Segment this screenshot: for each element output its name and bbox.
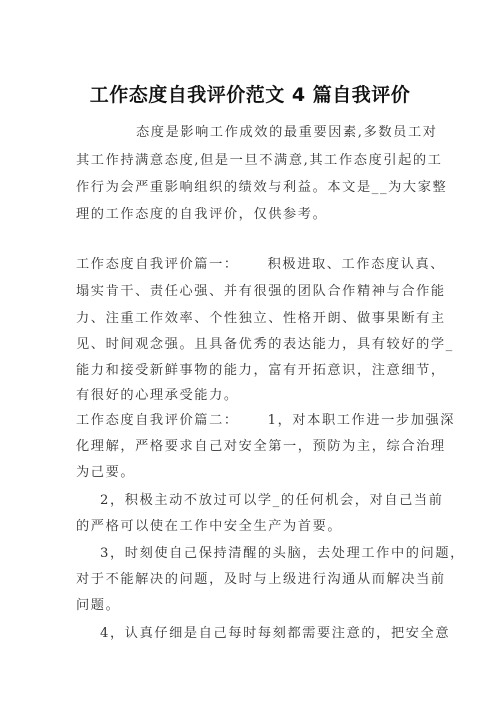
text-line: 态度是影响工作成效的最重要因素,多数员工对 xyxy=(136,124,438,142)
document-page: 工作态度自我评价范文 4 篇自我评价 态度是影响工作成效的最重要因素,多数员工对… xyxy=(0,0,500,708)
text-line: 力、注重工作效率、个性独立、性格开朗、做事果断有主 xyxy=(76,310,446,328)
text-line: 化理解，严格要求自己对安全第一，预防为主，综合治理 xyxy=(76,438,446,456)
text-line: 能力和接受新鲜事物的能力，富有开拓意识，注意细节， xyxy=(76,362,446,380)
text-line: 作行为会严重影响组织的绩效与利益。本文是__为大家整 xyxy=(76,179,447,197)
text-line: 2，积极主动不放过可以学_的任何机会，对自己当前 xyxy=(100,492,444,510)
text-line: 理的工作态度的自我评价，仅供参考。 xyxy=(76,206,327,224)
text-line: 有很好的心理承受能力。 xyxy=(76,387,239,405)
text-line: 工作态度自我评价篇二： 1，对本职工作进一步加强深 xyxy=(76,412,455,430)
text-line: 3，时刻使自己保持清醒的头脑，去处理工作中的问题， xyxy=(100,545,465,563)
text-line: 对于不能解决的问题，及时与上级进行沟通从而解决当前 xyxy=(76,571,446,589)
text-line: 问题。 xyxy=(76,597,120,615)
text-line: 塌实肯干、责任心强、并有很强的团队合作精神与合作能 xyxy=(76,283,446,301)
text-line: 为己要。 xyxy=(76,464,135,482)
text-line: 见、时间观念强。且具备优秀的表达能力，具有较好的学_ xyxy=(76,336,454,354)
text-line: 4，认真仔细是自己每时每刻都需要注意的，把安全意 xyxy=(100,625,450,643)
text-line: 其工作持满意态度,但是一旦不满意,其工作态度引起的工 xyxy=(76,152,442,170)
text-line: 的严格可以使在工作中安全生产为首要。 xyxy=(76,518,342,536)
text-line: 工作态度自我评价篇一： 积极进取、工作态度认真、 xyxy=(76,256,445,274)
document-title: 工作态度自我评价范文 4 篇自我评价 xyxy=(0,80,500,107)
